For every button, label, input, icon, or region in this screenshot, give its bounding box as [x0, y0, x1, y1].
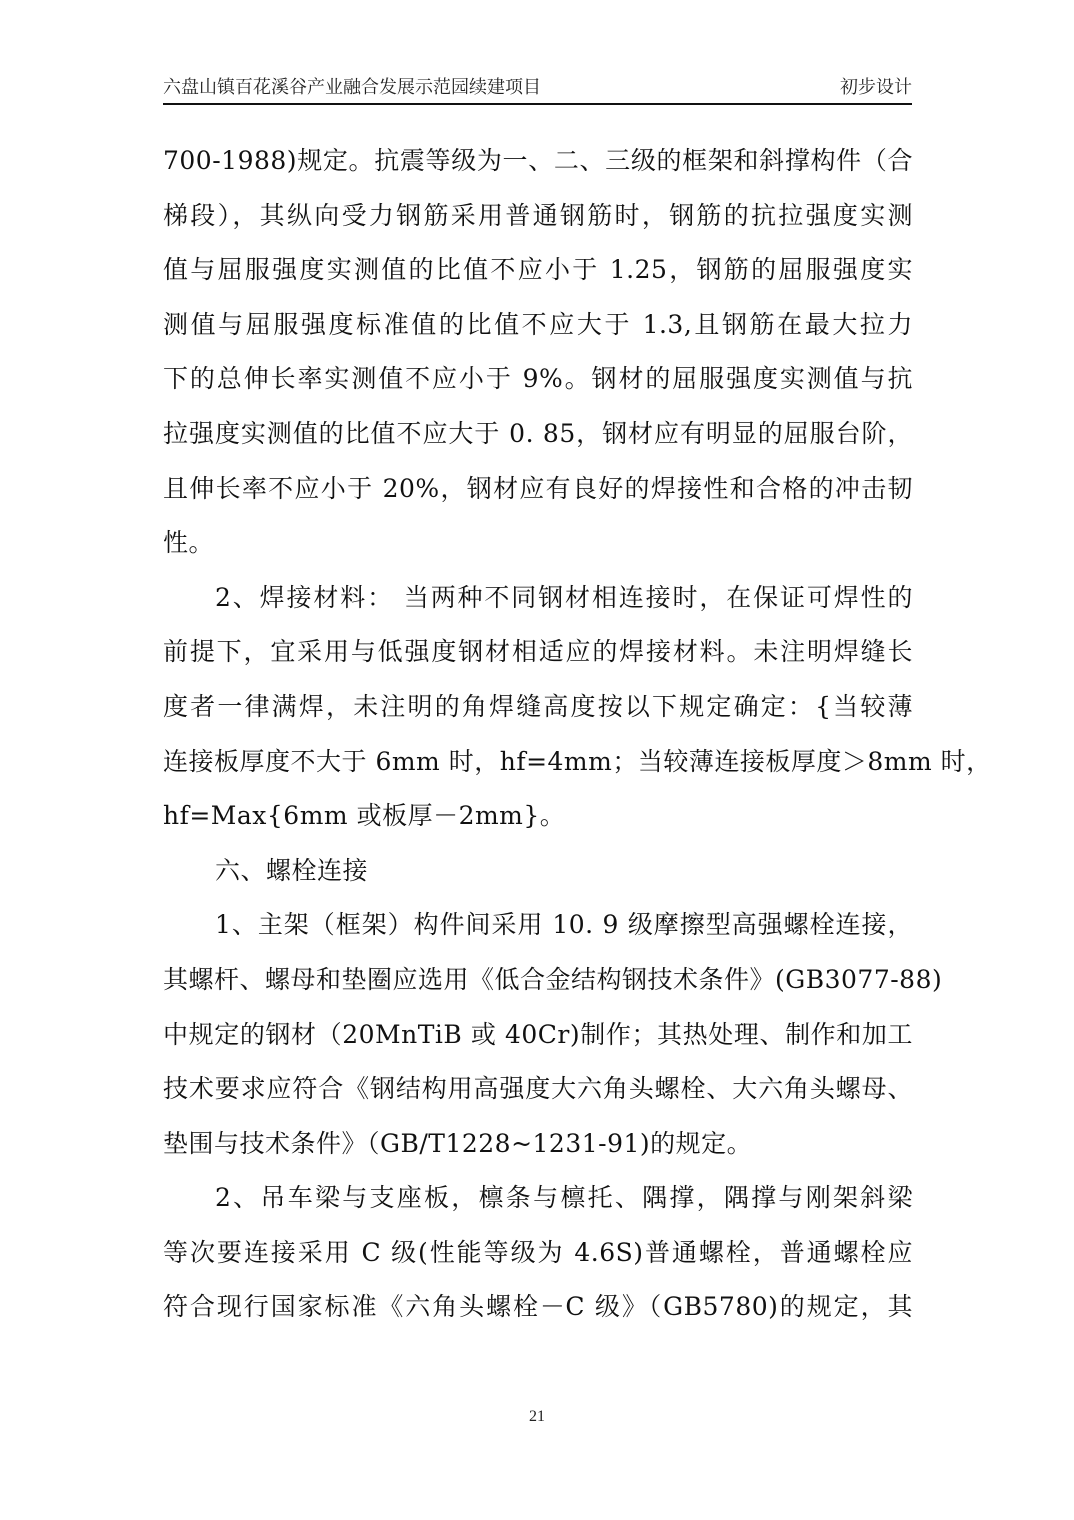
text-line: 下的总伸长率实测值不应小于 9%。钢材的屈服强度实测值与抗: [163, 352, 913, 407]
text-line: 700-1988)规定。抗震等级为一、二、三级的框架和斜撑构件（合: [163, 134, 913, 189]
text-line: 拉强度实测值的比值不应大于 0. 85，钢材应有明显的屈服台阶，: [163, 407, 913, 462]
page-header: 六盘山镇百花溪谷产业融合发展示范园续建项目 初步设计: [163, 76, 912, 105]
text-line: 连接板厚度不大于 6mm 时，hf=4mm；当较薄连接板厚度＞8mm 时，: [163, 735, 913, 790]
document-page: 六盘山镇百花溪谷产业融合发展示范园续建项目 初步设计 700-1988)规定。抗…: [0, 0, 1074, 1520]
text-line: 技术要求应符合《钢结构用高强度大六角头螺栓、大六角头螺母、: [163, 1062, 913, 1117]
text-line: 2、焊接材料： 当两种不同钢材相连接时，在保证可焊性的: [163, 571, 913, 626]
page-number: 21: [0, 1408, 1074, 1426]
text-line: 其螺杆、螺母和垫圈应选用《低合金结构钢技术条件》(GB3077-88): [163, 953, 913, 1008]
text-line: 性。: [163, 516, 913, 571]
text-line: 符合现行国家标准《六角头螺栓－C 级》（GB5780)的规定，其: [163, 1280, 913, 1335]
text-line: 梯段），其纵向受力钢筋采用普通钢筋时，钢筋的抗拉强度实测: [163, 189, 913, 244]
text-line: 测值与屈服强度标准值的比值不应大于 1.3,且钢筋在最大拉力: [163, 298, 913, 353]
text-line: 值与屈服强度实测值的比值不应小于 1.25，钢筋的屈服强度实: [163, 243, 913, 298]
text-line: 2、吊车梁与支座板，檩条与檩托、隅撑，隅撑与刚架斜梁: [163, 1171, 913, 1226]
text-line: 垫围与技术条件》（GB/T1228~1231-91)的规定。: [163, 1117, 913, 1172]
text-line: 等次要连接采用 C 级(性能等级为 4.6S)普通螺栓，普通螺栓应: [163, 1226, 913, 1281]
text-line: 中规定的钢材（20MnTiB 或 40Cr)制作；其热处理、制作和加工: [163, 1008, 913, 1063]
section-heading: 六、螺栓连接: [163, 844, 913, 899]
text-line: 前提下，宜采用与低强度钢材相适应的焊接材料。未注明焊缝长: [163, 625, 913, 680]
text-line: 且伸长率不应小于 20%，钢材应有良好的焊接性和合格的冲击韧: [163, 462, 913, 517]
body-text: 700-1988)规定。抗震等级为一、二、三级的框架和斜撑构件（合 梯段），其纵…: [163, 134, 913, 1335]
project-title: 六盘山镇百花溪谷产业融合发展示范园续建项目: [163, 76, 541, 100]
text-line: hf=Max{6mm 或板厚－2mm}。: [163, 789, 913, 844]
design-stage: 初步设计: [840, 76, 912, 100]
text-line: 1、主架（框架）构件间采用 10. 9 级摩擦型高强螺栓连接，: [163, 898, 913, 953]
text-line: 度者一律满焊，未注明的角焊缝高度按以下规定确定：{当较薄: [163, 680, 913, 735]
